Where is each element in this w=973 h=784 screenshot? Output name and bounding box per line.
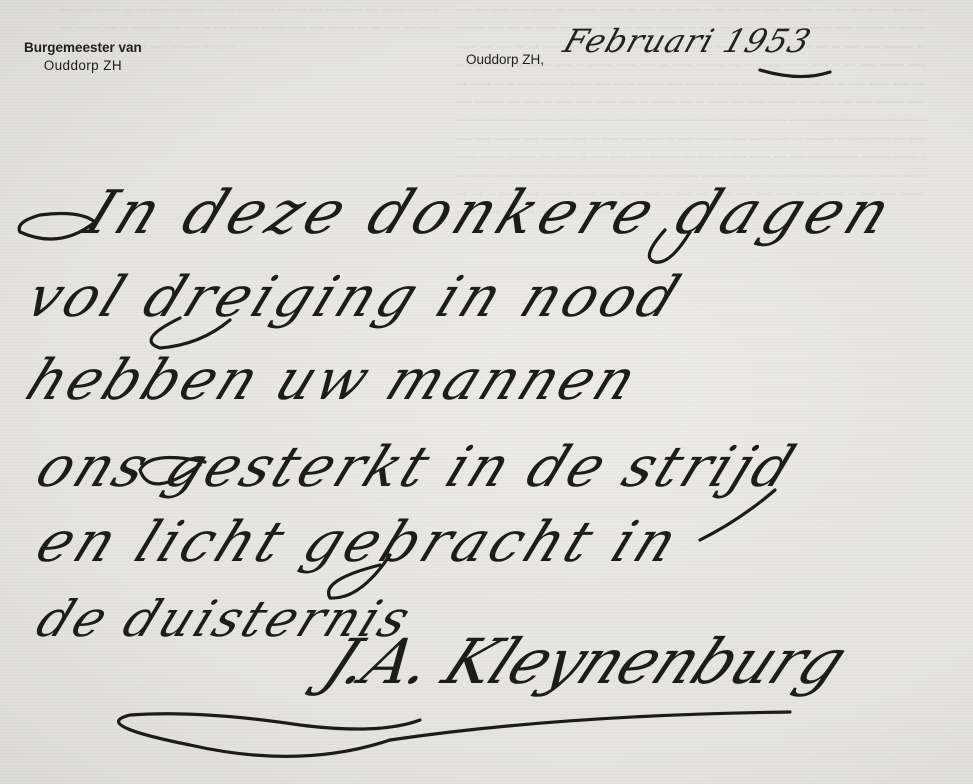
- message-line-1: In deze donkere dagen: [76, 178, 906, 248]
- message-line-5: en licht gebracht in: [27, 510, 691, 575]
- message-line-3: hebben uw mannen: [17, 348, 649, 413]
- message-line-4: ons gesterkt in de strijd: [27, 435, 807, 500]
- message-line-2: vol dreiging in nood: [17, 265, 693, 330]
- signature: J.A. Kleynenburg: [313, 625, 858, 698]
